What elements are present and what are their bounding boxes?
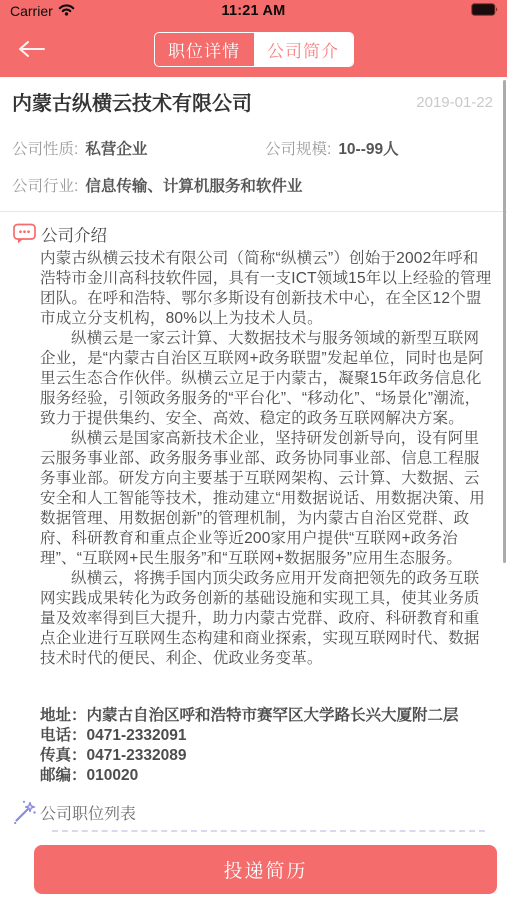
company-industry: 公司行业: 信息传输、计算机服务和软件业 [12,174,302,196]
fax-value: 0471-2332089 [87,746,187,766]
company-industry-label: 公司行业: [12,174,78,196]
post-date: 2019-01-22 [416,94,495,111]
chat-bubble-icon [12,221,38,247]
zip-value: 010020 [87,766,139,786]
address-value: 内蒙古自治区呼和浩特市赛罕区大学路长兴大厦附二层 [87,706,459,726]
title-row: 内蒙古纵横云技术有限公司 2019-01-22 [12,91,495,117]
submit-resume-button[interactable]: 投递简历 [34,845,497,894]
section-divider [0,211,507,212]
company-intro-text: 内蒙古纵横云技术有限公司（简称“纵横云”）创始于2002年呼和浩特市金川高科技软… [40,249,493,669]
zip-line: 邮编： 010020 [40,766,495,786]
intro-section-title: 公司介绍 [41,222,107,246]
battery-icon [471,3,499,19]
tab-company-intro[interactable]: 公司简介 [254,33,353,66]
address-line: 地址： 内蒙古自治区呼和浩特市赛罕区大学路长兴大厦附二层 [40,706,495,726]
address-label: 地址： [40,706,87,726]
content-area: 内蒙古纵横云技术有限公司 2019-01-22 公司性质: 私营企业 公司规模:… [0,77,507,894]
company-profile-screen: Carrier 11:21 AM [0,0,507,900]
company-info: 公司性质: 私营企业 公司规模: 10--99人 公司行业: 信息传输、计算机服… [12,137,495,196]
fax-label: 传真： [40,746,87,766]
company-jobs-link[interactable]: 公司职位列表 [12,799,495,825]
company-nature-label: 公司性质: [12,137,78,159]
contact-block: 地址： 内蒙古自治区呼和浩特市赛罕区大学路长兴大厦附二层 电话： 0471-23… [40,706,495,786]
clock-time: 11:21 AM [222,3,286,19]
arrow-left-icon [16,39,46,64]
company-industry-value: 信息传输、计算机服务和软件业 [85,174,302,196]
zip-label: 邮编： [40,766,87,786]
intro-paragraph: 纵横云是国家高新技术企业，坚持研发创新导向，设有阿里云服务事业部、政务服务事业部… [40,429,493,569]
magic-wand-icon [12,799,38,825]
company-jobs-label: 公司职位列表 [40,801,136,824]
company-nature-value: 私营企业 [85,137,147,159]
tab-job-detail[interactable]: 职位详情 [155,33,254,66]
intro-paragraph: 内蒙古纵横云技术有限公司（简称“纵横云”）创始于2002年呼和浩特市金川高科技软… [40,249,493,329]
intro-section-header: 公司介绍 [12,221,495,247]
status-bar: Carrier 11:21 AM [0,0,507,22]
intro-paragraph: 纵横云是一家云计算、大数据技术与服务领域的新型互联网企业，是“内蒙古自治区互联网… [40,329,493,429]
phone-line: 电话： 0471-2332091 [40,726,495,746]
company-scale: 公司规模: 10--99人 [265,137,399,159]
wifi-icon [58,3,75,19]
nav-bar: 职位详情 公司简介 [0,22,507,77]
company-nature: 公司性质: 私营企业 [12,137,265,159]
company-scale-value: 10--99人 [338,137,398,159]
company-name: 内蒙古纵横云技术有限公司 [12,91,252,117]
phone-value: 0471-2332091 [87,726,187,746]
scrollbar[interactable] [503,80,506,563]
intro-paragraph: 纵横云，将携手国内顶尖政务应用开发商把领先的政务互联网实践成果转化为政务创新的基… [40,569,493,669]
fax-line: 传真： 0471-2332089 [40,746,495,766]
dashed-divider [52,830,485,832]
tab-bar: 职位详情 公司简介 [154,32,354,67]
carrier-label: Carrier [10,3,53,19]
back-button[interactable] [16,36,56,66]
company-scale-label: 公司规模: [265,137,331,159]
phone-label: 电话： [40,726,87,746]
